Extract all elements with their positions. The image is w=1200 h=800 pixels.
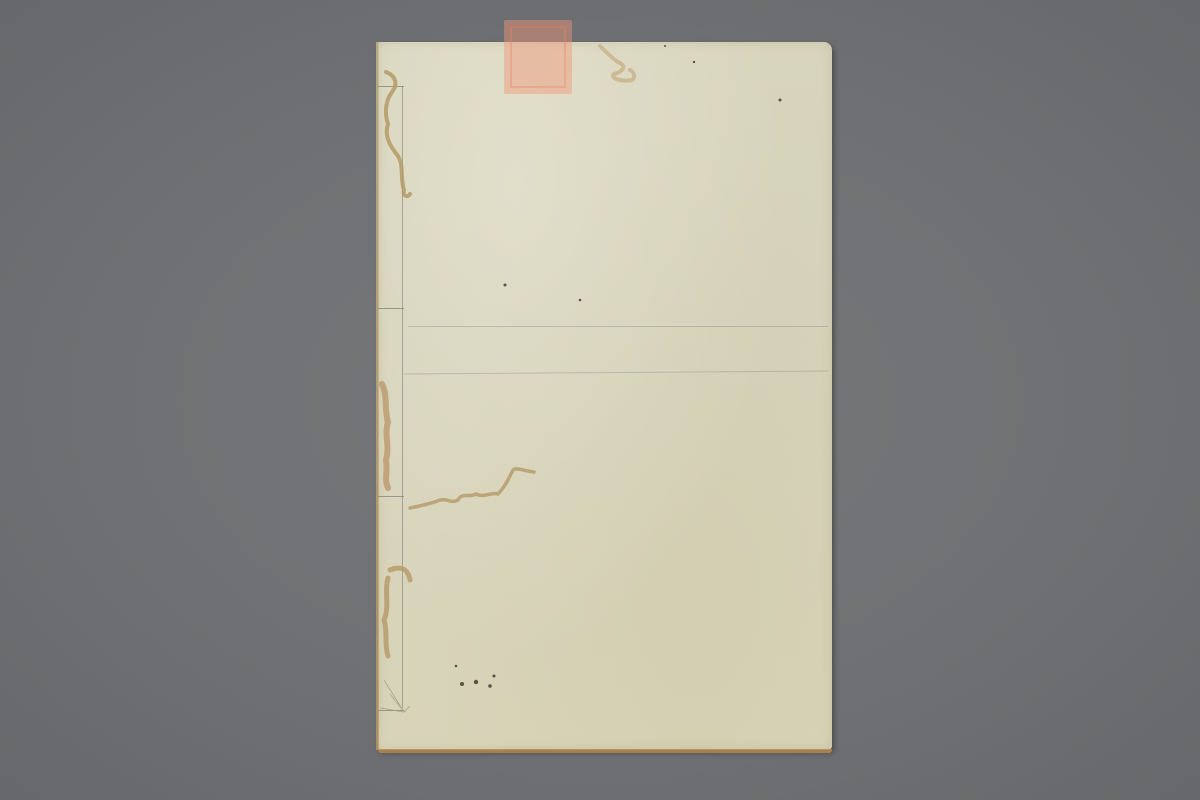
ruled-line-1 (408, 326, 828, 327)
ruled-line-2 (404, 371, 828, 375)
binding-thread-2 (402, 310, 403, 496)
binding-thread-3 (402, 496, 403, 708)
stitch-2 (378, 308, 404, 309)
stitch-4 (378, 710, 404, 711)
red-seal-stamp (504, 20, 572, 94)
book-spine-edge (376, 42, 379, 750)
stitch-3 (378, 496, 404, 497)
binding-thread-1 (402, 86, 403, 310)
stitch-1 (378, 86, 404, 87)
book-cover (378, 42, 832, 750)
book-bottom-edge (378, 749, 832, 753)
